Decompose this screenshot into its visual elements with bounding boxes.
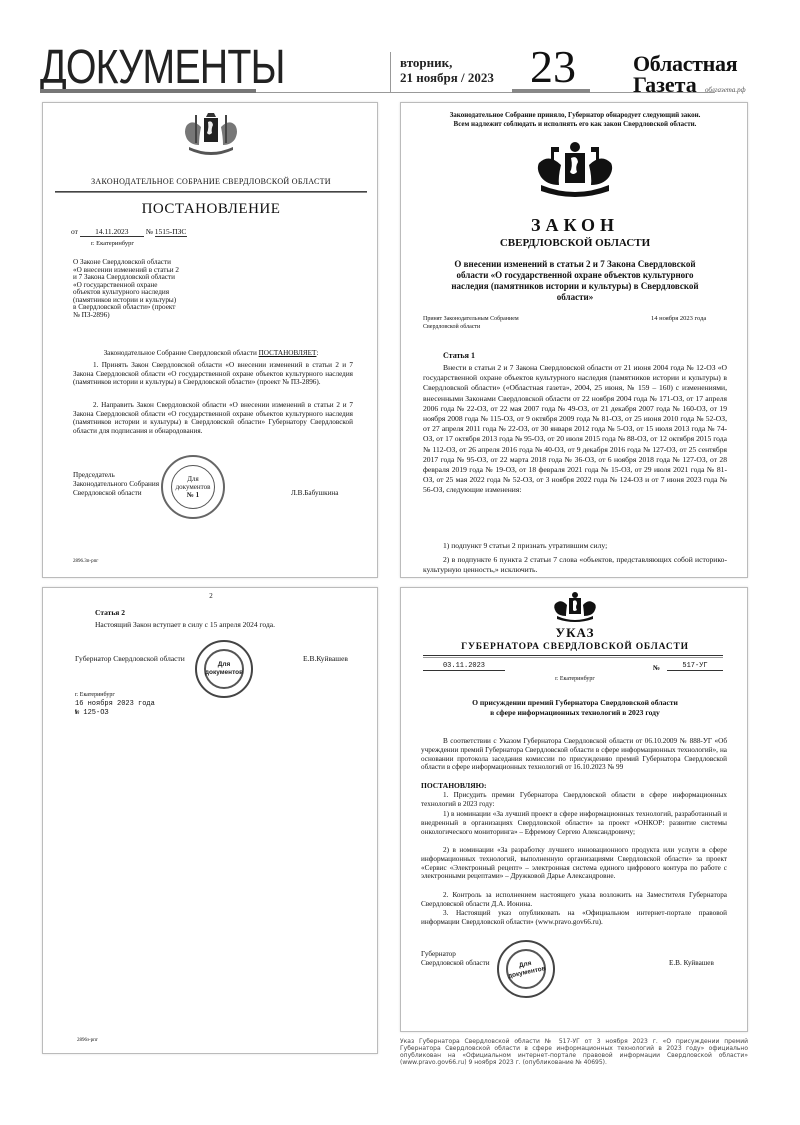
newspaper-logo-url: облгазета.рф [705, 86, 746, 94]
issue-date-text: 21 ноября / 2023 [400, 70, 494, 85]
ukaz-point-1-2: 2) в номинации «За разработку лучшего ин… [421, 846, 727, 881]
ukaz-rule [423, 655, 723, 658]
zakon-change-2: 2) в подпункте 6 пункта 2 статьи 7 слова… [423, 555, 727, 575]
zakon-article-2-title: Статья 2 [95, 608, 125, 617]
postanovlenie-footer-code: 2896.3п-рпг [73, 559, 98, 564]
zakon-sign-date: 16 ноября 2023 года [75, 700, 155, 708]
zakon-document: Законодательное Собрание приняло, Губерн… [400, 102, 748, 578]
postanovlenie-number: 1515-ПЗС [155, 227, 187, 237]
ukaz-date: 03.11.2023 [423, 662, 505, 671]
ukaz-title: УКАЗ [401, 625, 749, 641]
postanovlenie-date-line: от 14.11.2023 № 1515-ПЗС [71, 227, 271, 237]
postanovlenie-signer-title: Председатель Законодательного Собрания С… [73, 471, 159, 498]
postanovlenie-item-2: 2. Направить Закон Свердловской области … [73, 401, 353, 435]
zakon-subtitle: СВЕРДЛОВСКОЙ ОБЛАСТИ [405, 237, 745, 249]
zakon-page-2: 2 Статья 2 Настоящий Закон вступает в си… [42, 587, 378, 1054]
ukaz-point-1-1: 1) в номинации «За лучший проект в сфере… [421, 810, 727, 836]
official-stamp-icon: Для документов [497, 940, 555, 998]
zakon-title: ЗАКОН [405, 215, 745, 236]
ukaz-number: 517-УГ [667, 662, 723, 671]
zakon-signer-name: Е.В.Куйвашев [303, 654, 348, 663]
ukaz-number-prefix: № [653, 664, 660, 672]
official-stamp-icon: Для документов [195, 640, 253, 698]
zakon-sign-number: № 125-ОЗ [75, 709, 109, 717]
ukaz-point-2: 2. Контроль за исполнением настоящего ук… [421, 891, 727, 909]
ukaz-subtitle: ГУБЕРНАТОРА СВЕРДЛОВСКОЙ ОБЛАСТИ [401, 642, 749, 652]
postanovlenie-org: ЗАКОНОДАТЕЛЬНОЕ СОБРАНИЕ СВЕРДЛОВСКОЙ ОБ… [53, 177, 369, 186]
zakon-adopted-by: Принят Законодательным Собранием Свердло… [423, 315, 553, 331]
newspaper-logo-line2: Газета [633, 74, 697, 96]
coat-of-arms-icon [181, 111, 241, 161]
ukaz-publication-note: Указ Губернатора Свердловской области № … [400, 1038, 748, 1066]
zakon-article-1-text: Внести в статьи 2 и 7 Закона Свердловско… [423, 363, 727, 496]
page-number-bar [512, 89, 590, 93]
official-stamp-icon: Для документов № 1 [161, 455, 225, 519]
issue-weekday: вторник, [400, 55, 494, 70]
zakon-article-1-title: Статья 1 [443, 351, 475, 360]
ukaz-decree: ПОСТАНОВЛЯЮ: [421, 781, 487, 790]
zakon-footer-code: 2896з-рпг [77, 1038, 98, 1043]
postanovlenie-document: ЗАКОНОДАТЕЛЬНОЕ СОБРАНИЕ СВЕРДЛОВСКОЙ ОБ… [42, 102, 378, 578]
coat-of-arms-icon [535, 141, 615, 199]
org-rule [55, 191, 367, 193]
zakon-sign-city: г. Екатеринбург [75, 692, 115, 698]
postanovlenie-preamble: Законодательное Собрание Свердловской об… [63, 349, 359, 358]
zakon-adopted-date: 14 ноября 2023 года [651, 315, 706, 322]
header-divider [390, 52, 391, 92]
ukaz-preamble: В соответствии с Указом Губернатора Свер… [421, 737, 727, 772]
ukaz-point-1: 1. Присудить премии Губернатора Свердлов… [421, 791, 727, 809]
section-title: ДОКУМЕНТЫ [40, 44, 285, 92]
ukaz-city: г. Екатеринбург [401, 676, 749, 682]
postanovlenie-subject: О Законе Свердловской области «О внесени… [73, 259, 181, 319]
header-rule-accent [40, 89, 256, 93]
zakon-intro: Законодательное Собрание приняло, Губерн… [405, 111, 745, 129]
issue-date: вторник, 21 ноября / 2023 [400, 55, 494, 85]
ukaz-document: УКАЗ ГУБЕРНАТОРА СВЕРДЛОВСКОЙ ОБЛАСТИ 03… [400, 587, 748, 1032]
zakon-article-2-text: Настоящий Закон вступает в силу с 15 апр… [95, 620, 275, 629]
zakon-heading: О внесении изменений в статьи 2 и 7 Зако… [451, 259, 699, 303]
zakon-signer-title: Губернатор Свердловской области [75, 654, 185, 663]
ukaz-signer-title: Губернатор Свердловской области [421, 950, 490, 968]
postanovlenie-date: 14.11.2023 [80, 227, 144, 237]
coat-of-arms-icon [553, 592, 597, 622]
page-2-number: 2 [43, 592, 379, 600]
zakon-change-1: 1) подпункт 9 статьи 2 признать утративш… [443, 541, 607, 550]
page-number: 23 [530, 44, 576, 90]
postanovlenie-signer-name: Л.В.Бабушкина [291, 489, 338, 498]
postanovlenie-type: ПОСТАНОВЛЕНИЕ [53, 201, 369, 218]
ukaz-heading: О присуждении премий Губернатора Свердло… [401, 698, 749, 717]
ukaz-signer-name: Е.В. Куйвашев [669, 959, 714, 967]
postanovlenie-city: г. Екатеринбург [91, 239, 134, 248]
postanovlenie-item-1: 1. Принять Закон Свердловской области «О… [73, 361, 353, 387]
ukaz-point-3: 3. Настоящий указ опубликовать на «Офици… [421, 909, 727, 927]
